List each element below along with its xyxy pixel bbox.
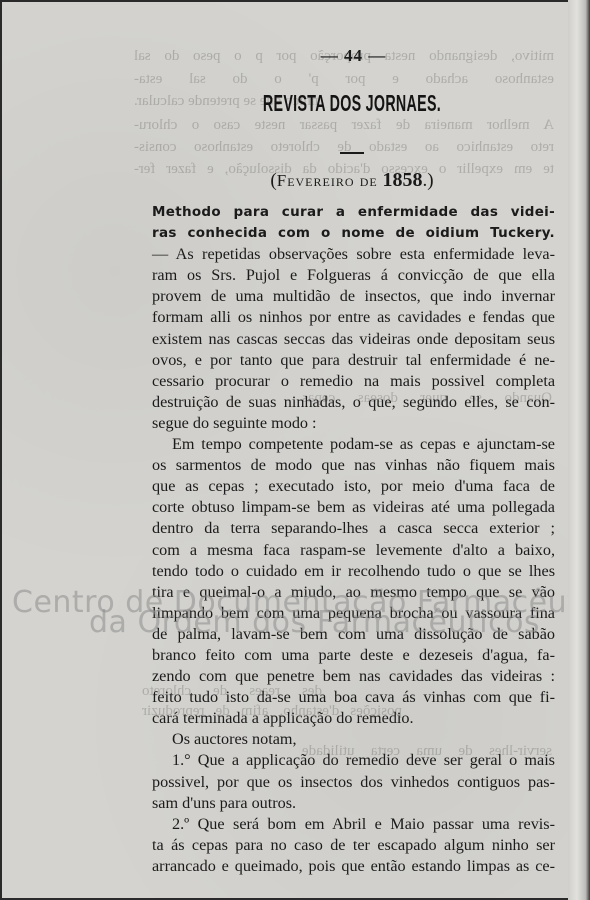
- text-line: Em tempo competente podam-se as cepas e …: [152, 434, 555, 455]
- bleed-line: estanhoso achado e por p' o do sal esta-: [134, 71, 554, 88]
- date-year: 1858: [383, 169, 423, 191]
- text-line: sam d'uns para outros.: [152, 793, 555, 814]
- text-line: corte obtuso limpam-se bem as videiras a…: [152, 497, 555, 518]
- text-line: branco feito com uma parte deste e dezes…: [152, 645, 555, 666]
- section-title: REVISTA DOS JORNAES.: [228, 90, 476, 117]
- text-line: Os auctores notam,: [152, 729, 555, 750]
- text-line: provem de uma multidão de insectos, que …: [152, 286, 555, 307]
- text-line: os sarmentos de modo que nas vinhas não …: [152, 455, 555, 476]
- article-heading-line: Methodo para curar a enfermidade das vid…: [152, 202, 555, 223]
- article-heading-line: ras conhecida com o nome de oidium Tucke…: [152, 223, 555, 244]
- text-line: tendo todo o cuidado em ir recolhendo tu…: [152, 561, 555, 582]
- text-line: zendo com que penetre bem nas cavidades …: [152, 666, 555, 687]
- text-line: — As repetidas observações sobre esta en…: [152, 244, 555, 265]
- text-line: feito tudo isto da-se uma boa cava ás vi…: [152, 687, 555, 708]
- text-line: 1.° Que a applicação do remedio deve ser…: [152, 750, 555, 771]
- text-line: cessario procurar o remedio na mais poss…: [152, 371, 555, 392]
- article-body: Methodo para curar a enfermidade das vid…: [152, 202, 555, 877]
- title-separator: [340, 152, 364, 154]
- issue-date: (Fevereiro de 1858.): [152, 169, 552, 192]
- page-number: — 44 —: [152, 46, 555, 66]
- bleed-line: A melhor maneira de fazer passar neste c…: [134, 117, 554, 134]
- text-line: que as cepas ; executado isto, por meio …: [152, 476, 555, 497]
- text-line: segue do seguinte modo :: [152, 413, 555, 434]
- text-line: existem nas cascas seccas das videiras o…: [152, 329, 555, 350]
- text-line: dentro da terra separando-lhes a casca s…: [152, 518, 555, 539]
- scanned-page: mitivo, designando nesta proporção por p…: [2, 2, 568, 898]
- watermark-line-2: da Ordem dos Farmacêuticos: [89, 605, 540, 640]
- text-line: possivel, por que os insectos dos vinhed…: [152, 772, 555, 793]
- text-line: ram os Srs. Pujol e Folgueras á convicçã…: [152, 265, 555, 286]
- text-line: destruição de suas ninhadas, o que, segu…: [152, 392, 555, 413]
- page-edge-binding: [568, 0, 590, 900]
- text-line: com a mesma faca raspam-se levemente d'a…: [152, 540, 555, 561]
- date-close-paren: .): [423, 170, 434, 191]
- text-line: arrancado e queimado, pois que então est…: [152, 856, 555, 877]
- text-line: ovos, e por tanto que para destruir tal …: [152, 350, 555, 371]
- text-line: formam alli os ninhos por entre as cavid…: [152, 307, 555, 328]
- text-line: ta ás cepas para no caso de ter escapado…: [152, 835, 555, 856]
- text-line: cará terminada a applicação do remedio.: [152, 708, 555, 729]
- text-line: 2.º Que será bom em Abril e Maio passar …: [152, 814, 555, 835]
- date-month: Fevereiro de: [277, 171, 378, 190]
